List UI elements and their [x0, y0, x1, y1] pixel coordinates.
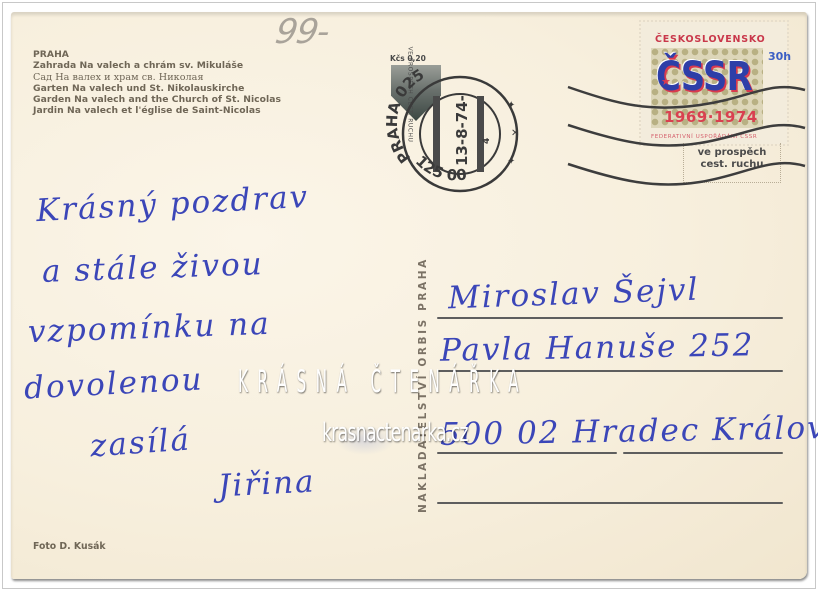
- watermark-url[interactable]: krasnactenarka.cz: [322, 418, 468, 448]
- cancellation-wave-icon: [560, 70, 810, 200]
- svg-text:4: 4: [482, 138, 492, 144]
- caption-english: Garden Na valech and the Church of St. N…: [33, 94, 281, 105]
- picture-caption: PRAHA Zahrada Na valech a chrám sv. Miku…: [33, 49, 281, 117]
- svg-text:✦: ✦: [507, 156, 515, 167]
- postmark: PRAHA 025 125 00 13-8-74- 4 ✦ ✕ ✦: [385, 66, 525, 196]
- caption-french: Jardin Na valech et l'église de Saint-Ni…: [33, 105, 281, 116]
- address-city: 500 02 Hradec Králové 2: [440, 409, 818, 453]
- photo-credit: Foto D. Kusák: [33, 541, 106, 552]
- postmark-circle-icon: PRAHA 025 125 00 13-8-74- 4 ✦ ✕ ✦: [385, 66, 525, 196]
- svg-text:✦: ✦: [507, 100, 515, 111]
- message-line: zasílá: [89, 422, 192, 465]
- stamp-value: 30h: [768, 50, 791, 63]
- address-line: [623, 452, 783, 454]
- watermark-title: KRÁSNÁ ČTENÁŘKA: [238, 364, 528, 400]
- caption-czech: Zahrada Na valech a chrám sv. Mikuláše: [33, 60, 281, 71]
- address-line: [437, 317, 783, 319]
- caption-russian: Сад На валех и храм св. Николая: [33, 72, 281, 83]
- svg-text:13-8-74-: 13-8-74-: [453, 95, 471, 166]
- pencil-price-note: 99-: [272, 12, 332, 52]
- stamp-country: ČESKOSLOVENSKO: [655, 34, 766, 45]
- svg-text:✕: ✕: [511, 128, 519, 139]
- caption-german: Garten Na valech und St. Nikolauskirche: [33, 83, 281, 94]
- address-line: [437, 502, 783, 504]
- caption-city: PRAHA: [33, 49, 281, 60]
- address-street: Pavla Hanuše 252: [440, 327, 755, 368]
- signature: Jiřina: [217, 463, 316, 504]
